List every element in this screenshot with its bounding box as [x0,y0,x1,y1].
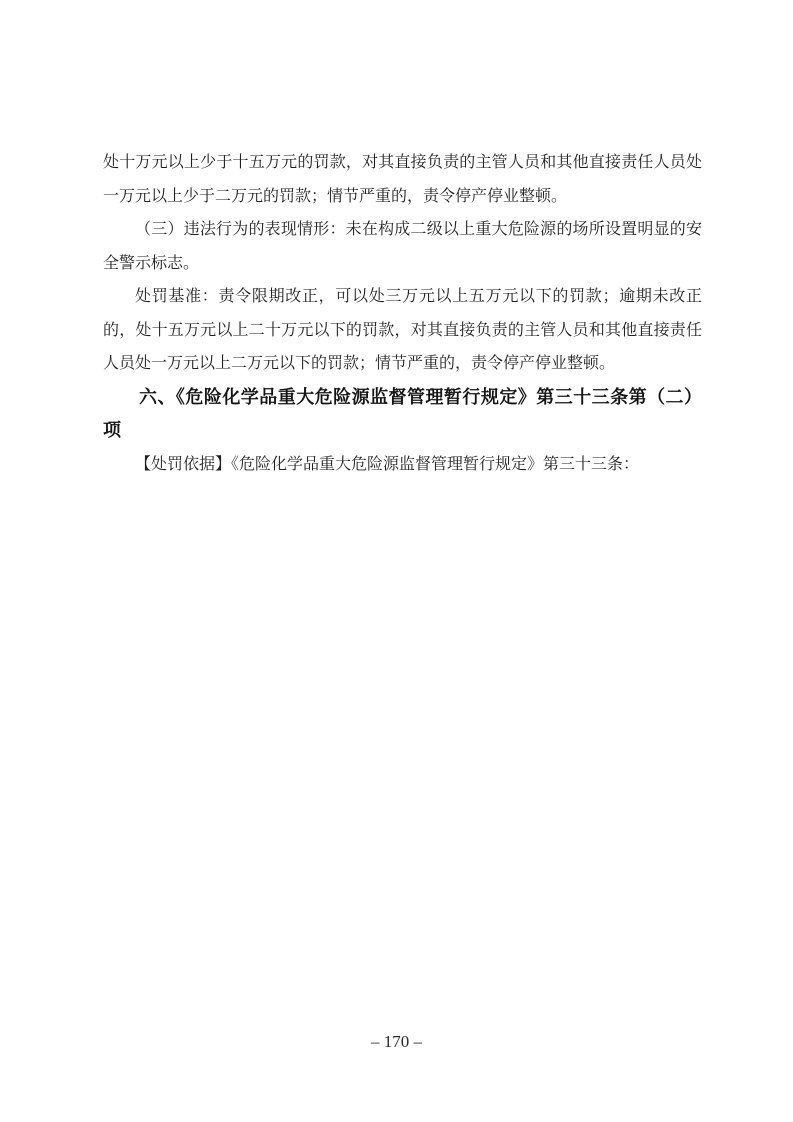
document-page: 处十万元以上少于十五万元的罚款，对其直接负责的主管人员和其他直接责任人员处一万元… [0,0,793,1122]
section-heading-article-33: 六、《危险化学品重大危险源监督管理暂行规定》第三十三条第（二）项 [103,381,702,448]
page-number: – 170 – [0,1031,793,1053]
paragraph-penalty-continuation: 处十万元以上少于十五万元的罚款，对其直接负责的主管人员和其他直接责任人员处一万元… [103,146,702,213]
paragraph-penalty-basis: 【处罚依据】《危险化学品重大危险源监督管理暂行规定》第三十三条： [103,448,702,482]
document-body: 处十万元以上少于十五万元的罚款，对其直接负责的主管人员和其他直接责任人员处一万元… [103,146,702,481]
paragraph-violation-item-3: （三）违法行为的表现情形：未在构成二级以上重大危险源的场所设置明显的安全警示标志… [103,213,702,280]
paragraph-penalty-standard: 处罚基准：责令限期改正，可以处三万元以上五万元以下的罚款；逾期未改正的，处十五万… [103,280,702,381]
